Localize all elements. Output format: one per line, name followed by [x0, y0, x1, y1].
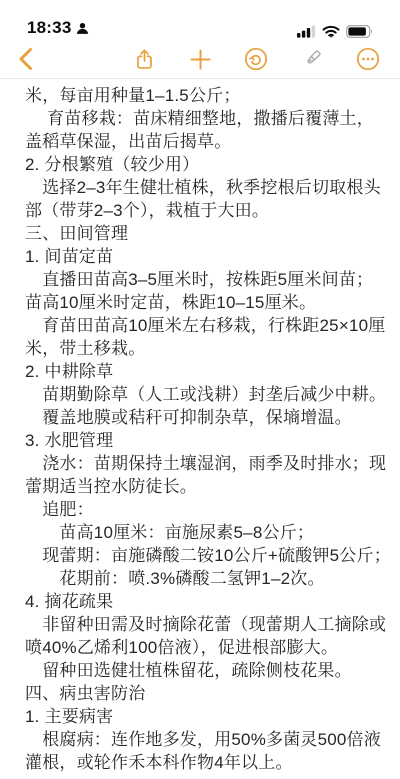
plus-icon	[189, 48, 212, 71]
back-button[interactable]	[8, 42, 42, 76]
note-line: 部（带芽2–3个），栽植于大田。	[25, 199, 392, 222]
note-line: 浇水：苗期保持土壤湿润，雨季及时排水；现	[25, 452, 392, 475]
note-line: 根腐病：连作地多发，用50%多菌灵500倍液	[25, 728, 392, 751]
status-bar-left: 18:33	[27, 18, 89, 38]
ellipsis-circle-icon	[356, 47, 380, 71]
cellular-signal-icon	[297, 25, 316, 38]
note-line: 喷40%乙烯利100倍液），促进根部膨大。	[25, 636, 392, 659]
note-line: 三、田间管理	[25, 222, 392, 245]
note-line: 直播田苗高3–5厘米时，按株距5厘米间苗；	[25, 268, 392, 291]
note-line: 1. 主要病害	[25, 705, 392, 728]
more-options-button[interactable]	[351, 42, 385, 76]
note-line: 盖稻草保湿，出苗后揭草。	[25, 130, 392, 153]
note-line: 现蕾期：亩施磷酸二铵10公斤+硫酸钾5公斤；	[25, 544, 392, 567]
note-line: 花期前：喷.3%磷酸二氢钾1–2次。	[25, 567, 392, 590]
toolbar	[0, 40, 400, 79]
share-button[interactable]	[127, 42, 161, 76]
note-line: 灌根，或轮作禾本科作物4年以上。	[25, 751, 392, 774]
note-line: 追肥：	[25, 498, 392, 521]
undo-button[interactable]	[239, 42, 273, 76]
note-line: 3. 水肥管理	[25, 429, 392, 452]
note-line: 蕾期适当控水防徒长。	[25, 475, 392, 498]
note-line: 四、病虫害防治	[25, 682, 392, 705]
note-line: 育苗移栽：苗床精细整地，撒播后覆薄土，	[25, 107, 392, 130]
note-line: 苗高10厘米时定苗，株距10–15厘米。	[25, 291, 392, 314]
chevron-left-icon	[18, 47, 33, 71]
paintbrush-icon	[300, 47, 324, 71]
note-line: 苗高10厘米：亩施尿素5–8公斤；	[25, 521, 392, 544]
note-line: 选择2–3年生健壮植株，秋季挖根后切取根头	[25, 176, 392, 199]
status-time: 18:33	[27, 18, 71, 38]
note-line: 苗期勤除草（人工或浅耕）封垄后减少中耕。	[25, 383, 392, 406]
note-line: 4. 摘花疏果	[25, 590, 392, 613]
status-bar-right	[297, 25, 374, 38]
markup-button[interactable]	[295, 42, 329, 76]
add-note-button[interactable]	[183, 42, 217, 76]
notes-app-screen: 18:33	[0, 0, 400, 779]
person-icon	[76, 22, 89, 35]
note-body[interactable]: 米，每亩用种量1–1.5公斤； 育苗移栽：苗床精细整地，撒播后覆薄土，盖稻草保湿…	[0, 79, 400, 774]
note-line: 留种田选健壮植株留花，疏除侧枝花果。	[25, 659, 392, 682]
note-line: 米，每亩用种量1–1.5公斤；	[25, 84, 392, 107]
note-line: 2. 中耕除草	[25, 360, 392, 383]
note-line: 米，带土移栽。	[25, 337, 392, 360]
toolbar-right-group	[116, 42, 396, 76]
note-line: 1. 间苗定苗	[25, 245, 392, 268]
battery-icon	[346, 25, 374, 38]
note-line: 覆盖地膜或秸秆可抑制杂草，保墒增温。	[25, 406, 392, 429]
share-icon	[133, 48, 156, 71]
status-bar: 18:33	[0, 0, 400, 40]
note-line: 育苗田苗高10厘米左右移栽，行株距25×10厘	[25, 314, 392, 337]
wifi-icon	[322, 25, 340, 38]
undo-icon	[244, 47, 268, 71]
note-line: 非留种田需及时摘除花蕾（现蕾期人工摘除或	[25, 613, 392, 636]
note-line: 2. 分根繁殖（较少用）	[25, 153, 392, 176]
